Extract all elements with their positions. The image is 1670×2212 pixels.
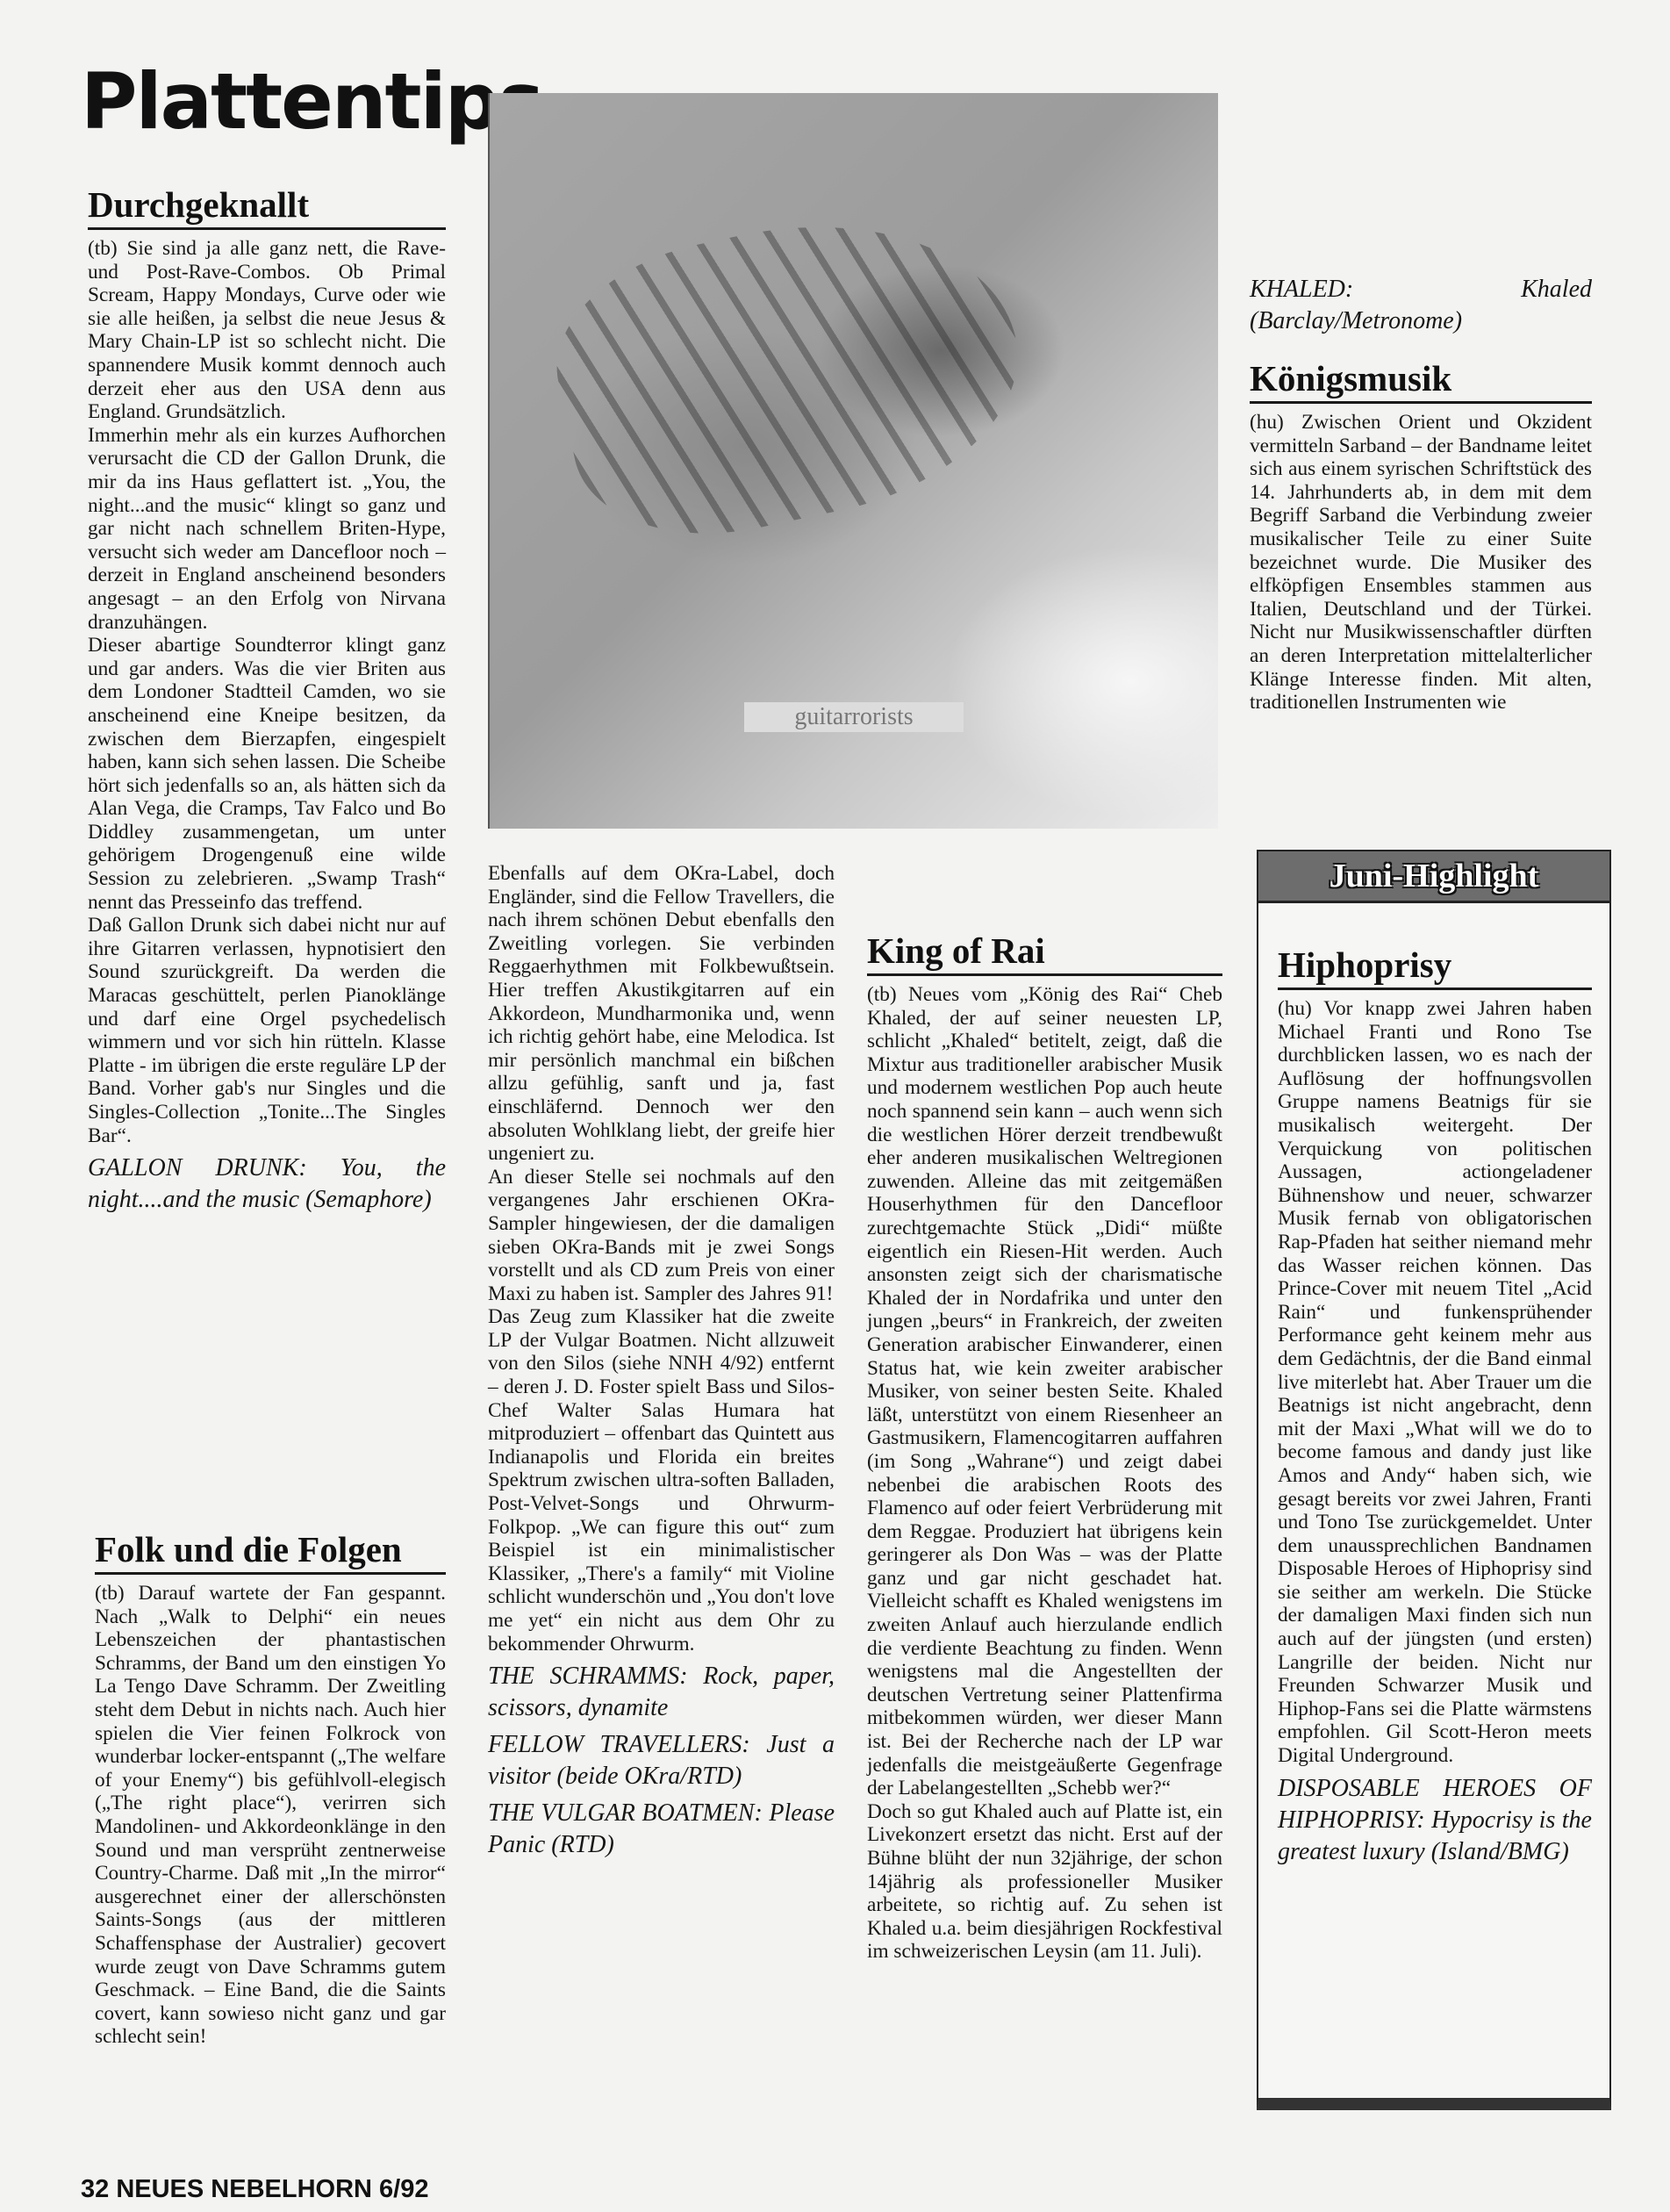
paragraph: (tb) Neues vom „König des Rai“ Cheb Khal… bbox=[867, 983, 1222, 1800]
paragraph: An dieser Stelle sei nochmals auf den ve… bbox=[488, 1166, 835, 1306]
article-body: (tb) Neues vom „König des Rai“ Cheb Khal… bbox=[867, 983, 1222, 1964]
article-king-of-rai: King of Rai (tb) Neues vom „König des Ra… bbox=[867, 932, 1222, 1964]
paragraph: Ebenfalls auf dem OKra-Label, doch Englä… bbox=[488, 862, 835, 1166]
paragraph: Dieser abartige Soundterror klingt ganz … bbox=[88, 634, 446, 914]
page-footer: 32 NEUES NEBELHORN 6/92 bbox=[81, 2175, 428, 2204]
article-title: Folk und die Folgen bbox=[95, 1531, 446, 1575]
photo-caption: guitarrorists bbox=[744, 702, 964, 732]
article-title: Hiphoprisy bbox=[1278, 946, 1592, 990]
paragraph: Das Zeug zum Klassiker hat die zweite LP… bbox=[488, 1305, 835, 1655]
paragraph: Daß Gallon Drunk sich dabei nicht nur au… bbox=[88, 914, 446, 1147]
khaled-credit-block: KHALED: Khaled (Barclay/Metronome) bbox=[1250, 269, 1592, 337]
article-folk: Folk und die Folgen (tb) Darauf wartete … bbox=[95, 1531, 446, 2163]
article-body: (hu) Vor knapp zwei Jahren haben Michael… bbox=[1278, 997, 1592, 1768]
record-credit: GALLON DRUNK: You, the night....and the … bbox=[88, 1153, 446, 1216]
paragraph: (tb) Sie sind ja alle ganz nett, die Rav… bbox=[88, 237, 446, 424]
article-koenigsmusik: Königsmusik (hu) Zwischen Orient und Okz… bbox=[1250, 360, 1592, 781]
juni-highlight-box: Juni-Highlight Hiphoprisy (hu) Vor knapp… bbox=[1257, 850, 1611, 2110]
record-credit: THE VULGAR BOATMEN: Please Panic (RTD) bbox=[488, 1798, 835, 1861]
paragraph: Doch so gut Khaled auch auf Platte ist, … bbox=[867, 1800, 1222, 1964]
section-title: Plattentips bbox=[81, 63, 449, 140]
highlight-banner: Juni-Highlight bbox=[1258, 851, 1609, 903]
article-body: (tb) Darauf wartete der Fan gespannt. Na… bbox=[95, 1582, 446, 2049]
article-body: (hu) Zwischen Orient und Okzident vermit… bbox=[1250, 411, 1592, 715]
record-credit: THE SCHRAMMS: Rock, paper, scissors, dyn… bbox=[488, 1661, 835, 1724]
article-body: (tb) Sie sind ja alle ganz nett, die Rav… bbox=[88, 237, 446, 1147]
article-durchgeknallt: Durchgeknallt (tb) Sie sind ja alle ganz… bbox=[88, 186, 446, 1216]
paragraph: (hu) Vor knapp zwei Jahren haben Michael… bbox=[1278, 997, 1592, 1768]
article-title: Durchgeknallt bbox=[88, 186, 446, 230]
record-credit: KHALED: Khaled (Barclay/Metronome) bbox=[1250, 274, 1592, 337]
article-body: Ebenfalls auf dem OKra-Label, doch Englä… bbox=[488, 862, 835, 1655]
record-credit: DISPOSABLE HEROES OF HIPHOPRISY: Hypocri… bbox=[1278, 1773, 1592, 1868]
article-title: King of Rai bbox=[867, 932, 1222, 976]
record-credit: FELLOW TRAVELLERS: Just a visitor (beide… bbox=[488, 1729, 835, 1792]
article-folk-continued: Ebenfalls auf dem OKra-Label, doch Englä… bbox=[488, 862, 835, 1861]
article-title: Königsmusik bbox=[1250, 360, 1592, 404]
article-hiphoprisy: Hiphoprisy (hu) Vor knapp zwei Jahren ha… bbox=[1278, 946, 1592, 1868]
paragraph: (tb) Darauf wartete der Fan gespannt. Na… bbox=[95, 1582, 446, 2049]
paragraph: (hu) Zwischen Orient und Okzident vermit… bbox=[1250, 411, 1592, 715]
paragraph: Immerhin mehr als ein kurzes Aufhorchen … bbox=[88, 424, 446, 634]
